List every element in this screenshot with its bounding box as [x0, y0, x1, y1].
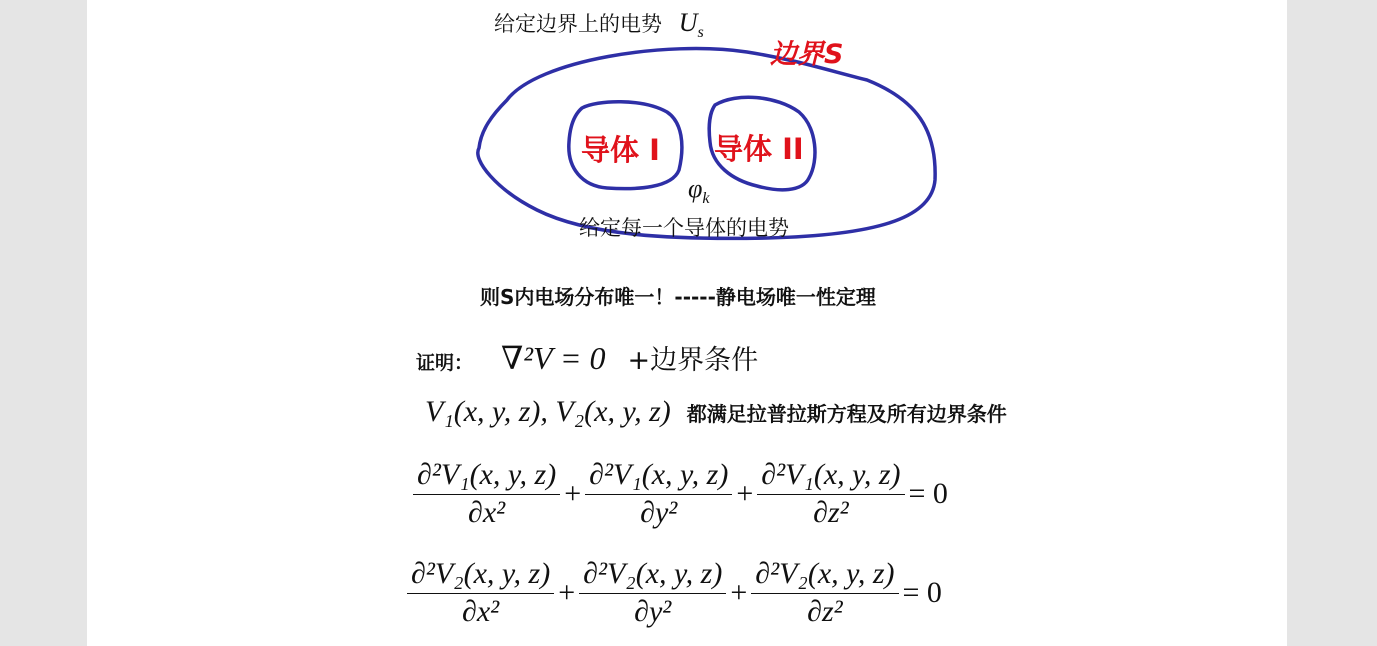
denominator: ∂x²	[468, 495, 505, 530]
proof-label: 证明：	[416, 348, 473, 375]
phi-subscript: k	[702, 190, 709, 207]
boundary-s-label: 边界S	[770, 32, 843, 71]
document-page: 给定边界上的电势 Us 边界S 导体 I 导体 II φk 给定每一个导体的电势…	[87, 0, 1287, 646]
numerator: ∂²V₂(x, y, z)	[579, 557, 726, 594]
denominator: ∂z²	[807, 594, 843, 629]
plus-sign: +	[554, 576, 579, 610]
fraction-v2-y: ∂²V₂(x, y, z)∂y²	[579, 557, 726, 629]
numerator: ∂²V₁(x, y, z)	[585, 458, 732, 495]
numerator: ∂²V₂(x, y, z)	[407, 557, 554, 594]
denominator: ∂z²	[813, 495, 849, 530]
phi-symbol: φ	[688, 174, 702, 203]
plus-sign: +	[560, 477, 585, 511]
laplace-equation: ∇²V = 0	[501, 339, 606, 377]
fraction-v2-z: ∂²V₂(x, y, z)∂z²	[751, 557, 898, 629]
equals-zero: = 0	[905, 477, 952, 511]
laplace-v1-equation: ∂²V₁(x, y, z)∂x² + ∂²V₁(x, y, z)∂y² + ∂²…	[413, 458, 952, 530]
conductor-caption: 给定每一个导体的电势	[579, 212, 789, 242]
boundary-condition: +边界条件	[628, 338, 759, 377]
numerator: ∂²V₁(x, y, z)	[757, 458, 904, 495]
fraction-v2-x: ∂²V₂(x, y, z)∂x²	[407, 557, 554, 629]
fraction-v1-z: ∂²V₁(x, y, z)∂z²	[757, 458, 904, 530]
boundary-caption-text: 给定边界上的电势	[494, 12, 662, 36]
plus-sign: +	[726, 576, 751, 610]
numerator: ∂²V₁(x, y, z)	[413, 458, 560, 495]
phi-k-symbol: φk	[688, 174, 710, 208]
u-symbol: U	[679, 8, 698, 37]
laplace-v2-equation: ∂²V₂(x, y, z)∂x² + ∂²V₂(x, y, z)∂y² + ∂²…	[407, 557, 946, 629]
denominator: ∂y²	[640, 495, 677, 530]
denominator: ∂y²	[634, 594, 671, 629]
uniqueness-theorem: 则S内电场分布唯一！-----静电场唯一性定理	[480, 281, 876, 310]
numerator: ∂²V₂(x, y, z)	[751, 557, 898, 594]
boundary-s-outline	[478, 49, 935, 239]
fraction-v1-y: ∂²V₁(x, y, z)∂y²	[585, 458, 732, 530]
functions-note: 都满足拉普拉斯方程及所有边界条件	[687, 398, 1007, 427]
plus-sign: +	[732, 477, 757, 511]
conductor-2-label: 导体 II	[714, 127, 804, 168]
boundary-caption: 给定边界上的电势 Us	[494, 8, 704, 42]
proof-line: 证明： ∇²V = 0 +边界条件	[416, 338, 758, 377]
v1-v2-functions: V₁(x, y, z), V₂(x, y, z)	[425, 395, 671, 429]
functions-line: V₁(x, y, z), V₂(x, y, z) 都满足拉普拉斯方程及所有边界条…	[425, 395, 1007, 429]
denominator: ∂x²	[462, 594, 499, 629]
conductor-1-label: 导体 I	[581, 128, 660, 169]
boundary-potential-symbol: Us	[679, 8, 704, 37]
fraction-v1-x: ∂²V₁(x, y, z)∂x²	[413, 458, 560, 530]
equals-zero: = 0	[899, 576, 946, 610]
u-subscript: s	[697, 24, 703, 41]
